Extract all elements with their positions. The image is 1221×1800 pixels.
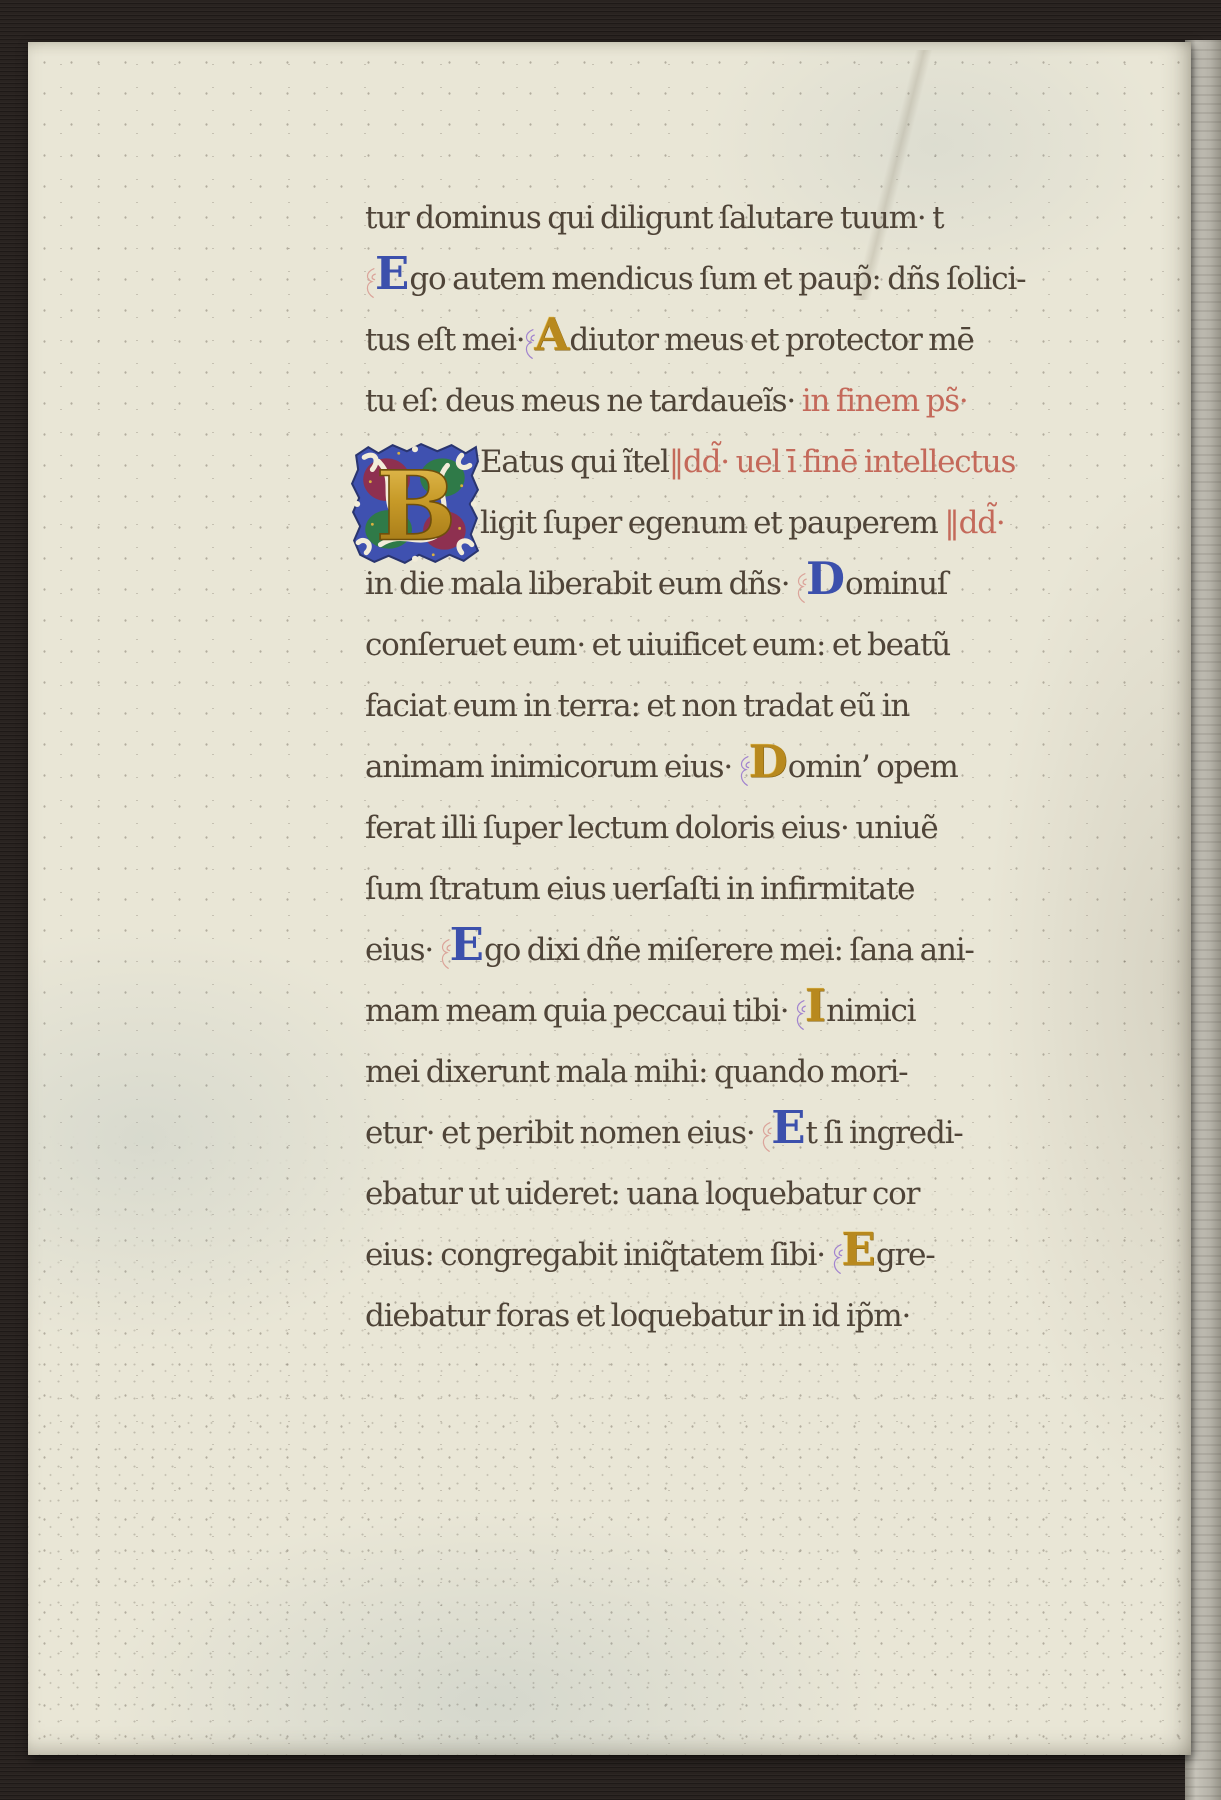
rubric-text: ‖dd̃· uel ī finē intellectus [669, 444, 1015, 480]
body-text: Eatus qui ĩtel [480, 444, 669, 480]
body-text: diutor meus et protector mē [569, 322, 973, 358]
manuscript-line: ligit ſuper egenum et pauperem ‖dd̃· [480, 505, 1005, 541]
body-text: in die mala liberabit eum dñs· [365, 566, 796, 602]
inline-initial-D: D [749, 735, 788, 788]
manuscript-line: tu eſ: deus meus ne tardaueĩs· in finem … [365, 383, 968, 419]
body-text: ſum ſtratum eius uerſaſti in infirmitate [365, 871, 914, 907]
body-text: eius· [365, 932, 440, 968]
manuscript-line: tur dominus qui diligunt ſalutare tuum· … [365, 200, 943, 236]
body-text: mam meam quia peccaui tibi· [365, 993, 795, 1029]
photograph-of-manuscript: { "document": { "type_label": "illuminat… [0, 0, 1221, 1800]
body-text: ferat illi ſuper lectum doloris eius· un… [365, 810, 938, 846]
body-text: tur dominus qui diligunt ſalutare tuum· … [365, 200, 943, 236]
inline-initial-E: E [450, 918, 484, 971]
inline-initial-I: I [805, 979, 826, 1032]
manuscript-page: B tur dominus qui diligunt ſalutare tuum… [28, 42, 1191, 1755]
manuscript-line: in die mala liberabit eum dñs· Dominuſ [365, 566, 947, 604]
body-text: nimici [826, 993, 915, 1029]
manuscript-line: Ego autem mendicus ſum et paup̃: dñs ſol… [365, 261, 1025, 299]
body-text: animam inimicorum eius· [365, 749, 739, 785]
body-text: faciat eum in terra: et non tradat eũ in [365, 688, 909, 724]
body-text: conſeruet eum· et uiuificet eum: et beat… [365, 627, 950, 663]
rubric-text: ‖dd̃· [944, 505, 1004, 541]
body-text: omin’ opem [788, 749, 958, 785]
inline-initial-A: A [534, 308, 569, 361]
manuscript-line: animam inimicorum eius· Domin’ opem [365, 749, 958, 787]
body-text: eius: congregabit iniq̃tatem ſibi· [365, 1237, 832, 1273]
body-text: gre- [876, 1237, 935, 1273]
body-text: ligit ſuper egenum et pauperem [480, 505, 944, 541]
manuscript-line: mam meam quia peccaui tibi· Inimici [365, 993, 915, 1031]
body-text: ebatur ut uideret: uana loquebatur cor [365, 1176, 919, 1212]
inline-initial-E: E [375, 247, 409, 300]
inline-initial-E: E [842, 1223, 876, 1276]
manuscript-line: ferat illi ſuper lectum doloris eius· un… [365, 810, 938, 846]
body-text: tus eſt mei· [365, 322, 524, 358]
manuscript-line: eius: congregabit iniq̃tatem ſibi· Egre- [365, 1237, 935, 1275]
rubric-text: in finem ps̃· [802, 383, 968, 419]
text-block: tur dominus qui diligunt ſalutare tuum· … [28, 42, 1191, 1755]
body-text: etur· et peribit nomen eius· [365, 1115, 761, 1151]
manuscript-line: ſum ſtratum eius uerſaſti in infirmitate [365, 871, 914, 907]
manuscript-line: tus eſt mei·Adiutor meus et protector mē [365, 322, 974, 360]
inline-initial-D: D [806, 552, 845, 605]
manuscript-line: diebatur foras et loquebatur in id ip̃m· [365, 1298, 910, 1334]
body-text: go dixi dñe miſerere mei: ſana ani- [484, 932, 974, 968]
manuscript-line: faciat eum in terra: et non tradat eũ in [365, 688, 909, 724]
inline-initial-E: E [771, 1101, 805, 1154]
body-text: tu eſ: deus meus ne tardaueĩs· [365, 383, 802, 419]
body-text: go autem mendicus ſum et paup̃: dñs ſoli… [409, 261, 1025, 297]
body-text: mei dixerunt mala mihi: quando mori- [365, 1054, 907, 1090]
manuscript-line: ebatur ut uideret: uana loquebatur cor [365, 1176, 919, 1212]
manuscript-line: etur· et peribit nomen eius· Et ſi ingre… [365, 1115, 963, 1153]
body-text: t ſi ingredi- [806, 1115, 963, 1151]
manuscript-line: mei dixerunt mala mihi: quando mori- [365, 1054, 907, 1090]
body-text: diebatur foras et loquebatur in id ip̃m· [365, 1298, 910, 1334]
body-text: ominuſ [845, 566, 947, 602]
manuscript-line: conſeruet eum· et uiuificet eum: et beat… [365, 627, 950, 663]
manuscript-line: Eatus qui ĩtel‖dd̃· uel ī finē intellect… [480, 444, 1015, 480]
manuscript-line: eius· Ego dixi dñe miſerere mei: ſana an… [365, 932, 974, 970]
